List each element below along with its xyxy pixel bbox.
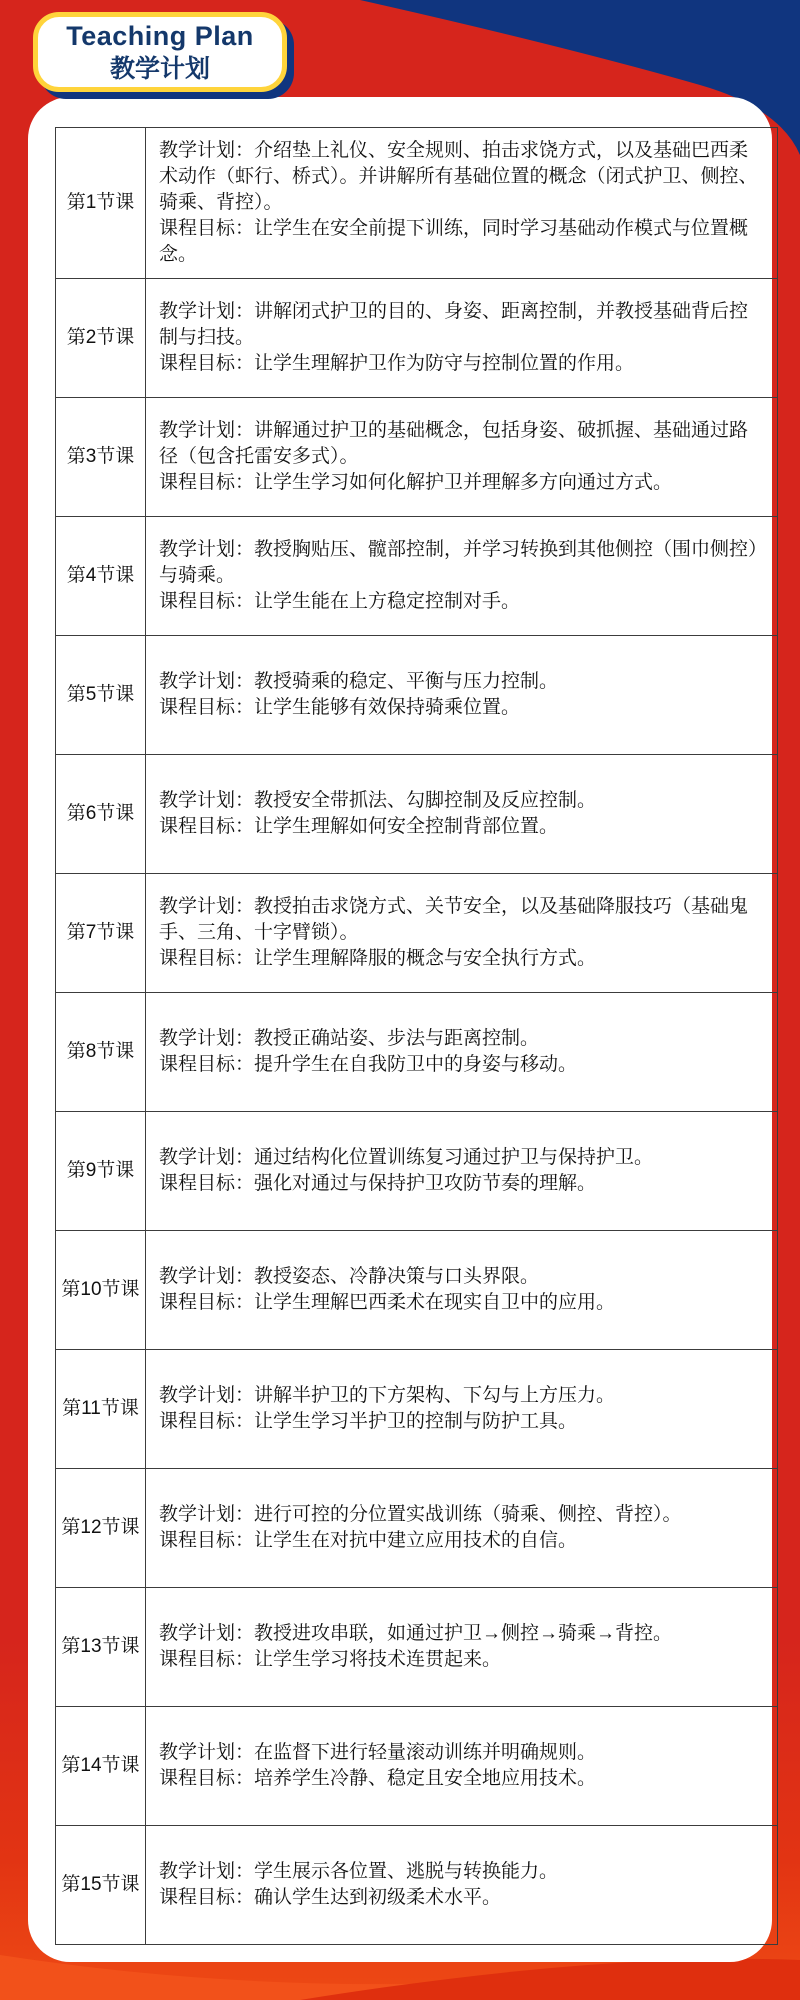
course-goal-text: 课程目标：让学生学习如何化解护卫并理解多方向通过方式。 <box>159 470 764 496</box>
course-goal-text: 课程目标：确认学生达到初级柔术水平。 <box>159 1885 764 1911</box>
lesson-number-cell: 第13节课 <box>56 1588 146 1707</box>
lesson-content-cell: 教学计划：进行可控的分位置实战训练（骑乘、侧控、背控）。课程目标：让学生在对抗中… <box>146 1469 778 1588</box>
lesson-number-cell: 第14节课 <box>56 1707 146 1826</box>
lesson-content-cell: 教学计划：讲解通过护卫的基础概念，包括身姿、破抓握、基础通过路径（包含托雷安多式… <box>146 398 778 517</box>
teaching-plan-text: 教学计划：介绍垫上礼仪、安全规则、拍击求饶方式，以及基础巴西柔术动作（虾行、桥式… <box>159 138 764 216</box>
lesson-content-cell: 教学计划：讲解闭式护卫的目的、身姿、距离控制，并教授基础背后控制与扫技。课程目标… <box>146 279 778 398</box>
course-goal-text: 课程目标：让学生学习半护卫的控制与防护工具。 <box>159 1409 764 1435</box>
content-card: 第1节课教学计划：介绍垫上礼仪、安全规则、拍击求饶方式，以及基础巴西柔术动作（虾… <box>28 97 772 1962</box>
lesson-number-cell: 第15节课 <box>56 1826 146 1945</box>
lesson-number-cell: 第1节课 <box>56 128 146 279</box>
table-row: 第13节课教学计划：教授进攻串联，如通过护卫→侧控→骑乘→背控。课程目标：让学生… <box>56 1588 778 1707</box>
teaching-plan-text: 教学计划：教授骑乘的稳定、平衡与压力控制。 <box>159 669 764 695</box>
lesson-content-cell: 教学计划：通过结构化位置训练复习通过护卫与保持护卫。课程目标：强化对通过与保持护… <box>146 1112 778 1231</box>
lesson-number-cell: 第7节课 <box>56 874 146 993</box>
course-goal-text: 课程目标：强化对通过与保持护卫攻防节奏的理解。 <box>159 1171 764 1197</box>
lesson-number-cell: 第9节课 <box>56 1112 146 1231</box>
table-row: 第11节课教学计划：讲解半护卫的下方架构、下勾与上方压力。课程目标：让学生学习半… <box>56 1350 778 1469</box>
lesson-content-cell: 教学计划：教授正确站姿、步法与距离控制。课程目标：提升学生在自我防卫中的身姿与移… <box>146 993 778 1112</box>
course-goal-text: 课程目标：让学生理解如何安全控制背部位置。 <box>159 814 764 840</box>
lesson-number-cell: 第10节课 <box>56 1231 146 1350</box>
lesson-content-cell: 教学计划：在监督下进行轻量滚动训练并明确规则。课程目标：培养学生冷静、稳定且安全… <box>146 1707 778 1826</box>
table-row: 第6节课教学计划：教授安全带抓法、勾脚控制及反应控制。课程目标：让学生理解如何安… <box>56 755 778 874</box>
lesson-content-cell: 教学计划：介绍垫上礼仪、安全规则、拍击求饶方式，以及基础巴西柔术动作（虾行、桥式… <box>146 128 778 279</box>
course-goal-text: 课程目标：让学生理解巴西柔术在现实自卫中的应用。 <box>159 1290 764 1316</box>
teaching-plan-text: 教学计划：进行可控的分位置实战训练（骑乘、侧控、背控）。 <box>159 1502 764 1528</box>
course-goal-text: 课程目标：让学生能够有效保持骑乘位置。 <box>159 695 764 721</box>
teaching-plan-text: 教学计划：教授进攻串联，如通过护卫→侧控→骑乘→背控。 <box>159 1621 764 1647</box>
course-goal-text: 课程目标：让学生学习将技术连贯起来。 <box>159 1647 764 1673</box>
teaching-plan-text: 教学计划：讲解半护卫的下方架构、下勾与上方压力。 <box>159 1383 764 1409</box>
teaching-plan-text: 教学计划：讲解闭式护卫的目的、身姿、距离控制，并教授基础背后控制与扫技。 <box>159 299 764 351</box>
lesson-content-cell: 教学计划：学生展示各位置、逃脱与转换能力。课程目标：确认学生达到初级柔术水平。 <box>146 1826 778 1945</box>
table-row: 第1节课教学计划：介绍垫上礼仪、安全规则、拍击求饶方式，以及基础巴西柔术动作（虾… <box>56 128 778 279</box>
teaching-plan-text: 教学计划：通过结构化位置训练复习通过护卫与保持护卫。 <box>159 1145 764 1171</box>
course-goal-text: 课程目标：让学生能在上方稳定控制对手。 <box>159 589 764 615</box>
header-badge: Teaching Plan 教学计划 <box>33 12 287 92</box>
table-row: 第10节课教学计划：教授姿态、冷静决策与口头界限。课程目标：让学生理解巴西柔术在… <box>56 1231 778 1350</box>
teaching-plan-text: 教学计划：教授正确站姿、步法与距离控制。 <box>159 1026 764 1052</box>
table-row: 第7节课教学计划：教授拍击求饶方式、关节安全，以及基础降服技巧（基础鬼手、三角、… <box>56 874 778 993</box>
table-row: 第2节课教学计划：讲解闭式护卫的目的、身姿、距离控制，并教授基础背后控制与扫技。… <box>56 279 778 398</box>
table-row: 第8节课教学计划：教授正确站姿、步法与距离控制。课程目标：提升学生在自我防卫中的… <box>56 993 778 1112</box>
lesson-number-cell: 第12节课 <box>56 1469 146 1588</box>
lesson-content-cell: 教学计划：教授进攻串联，如通过护卫→侧控→骑乘→背控。课程目标：让学生学习将技术… <box>146 1588 778 1707</box>
lesson-content-cell: 教学计划：教授骑乘的稳定、平衡与压力控制。课程目标：让学生能够有效保持骑乘位置。 <box>146 636 778 755</box>
lesson-content-cell: 教学计划：教授胸贴压、髋部控制，并学习转换到其他侧控（围巾侧控）与骑乘。课程目标… <box>146 517 778 636</box>
lesson-content-cell: 教学计划：教授拍击求饶方式、关节安全，以及基础降服技巧（基础鬼手、三角、十字臂锁… <box>146 874 778 993</box>
table-row: 第4节课教学计划：教授胸贴压、髋部控制，并学习转换到其他侧控（围巾侧控）与骑乘。… <box>56 517 778 636</box>
page-title-zh: 教学计划 <box>110 53 210 85</box>
teaching-plan-text: 教学计划：学生展示各位置、逃脱与转换能力。 <box>159 1859 764 1885</box>
teaching-plan-text: 教学计划：教授姿态、冷静决策与口头界限。 <box>159 1264 764 1290</box>
lesson-content-cell: 教学计划：讲解半护卫的下方架构、下勾与上方压力。课程目标：让学生学习半护卫的控制… <box>146 1350 778 1469</box>
teaching-plan-text: 教学计划：在监督下进行轻量滚动训练并明确规则。 <box>159 1740 764 1766</box>
table-row: 第3节课教学计划：讲解通过护卫的基础概念，包括身姿、破抓握、基础通过路径（包含托… <box>56 398 778 517</box>
teaching-plan-page: { "header": { "title_en": "Teaching Plan… <box>0 0 800 2000</box>
lesson-number-cell: 第11节课 <box>56 1350 146 1469</box>
course-goal-text: 课程目标：提升学生在自我防卫中的身姿与移动。 <box>159 1052 764 1078</box>
page-title-en: Teaching Plan <box>66 19 254 53</box>
table-row: 第14节课教学计划：在监督下进行轻量滚动训练并明确规则。课程目标：培养学生冷静、… <box>56 1707 778 1826</box>
teaching-plan-text: 教学计划：讲解通过护卫的基础概念，包括身姿、破抓握、基础通过路径（包含托雷安多式… <box>159 418 764 470</box>
lesson-number-cell: 第4节课 <box>56 517 146 636</box>
lesson-number-cell: 第5节课 <box>56 636 146 755</box>
lesson-number-cell: 第6节课 <box>56 755 146 874</box>
lesson-number-cell: 第3节课 <box>56 398 146 517</box>
teaching-plan-text: 教学计划：教授拍击求饶方式、关节安全，以及基础降服技巧（基础鬼手、三角、十字臂锁… <box>159 894 764 946</box>
course-goal-text: 课程目标：培养学生冷静、稳定且安全地应用技术。 <box>159 1766 764 1792</box>
table-row: 第15节课教学计划：学生展示各位置、逃脱与转换能力。课程目标：确认学生达到初级柔… <box>56 1826 778 1945</box>
lesson-content-cell: 教学计划：教授姿态、冷静决策与口头界限。课程目标：让学生理解巴西柔术在现实自卫中… <box>146 1231 778 1350</box>
course-goal-text: 课程目标：让学生在对抗中建立应用技术的自信。 <box>159 1528 764 1554</box>
course-goal-text: 课程目标：让学生理解降服的概念与安全执行方式。 <box>159 946 764 972</box>
lesson-number-cell: 第2节课 <box>56 279 146 398</box>
lesson-number-cell: 第8节课 <box>56 993 146 1112</box>
table-row: 第12节课教学计划：进行可控的分位置实战训练（骑乘、侧控、背控）。课程目标：让学… <box>56 1469 778 1588</box>
teaching-plan-text: 教学计划：教授安全带抓法、勾脚控制及反应控制。 <box>159 788 764 814</box>
teaching-plan-text: 教学计划：教授胸贴压、髋部控制，并学习转换到其他侧控（围巾侧控）与骑乘。 <box>159 537 764 589</box>
table-row: 第5节课教学计划：教授骑乘的稳定、平衡与压力控制。课程目标：让学生能够有效保持骑… <box>56 636 778 755</box>
course-goal-text: 课程目标：让学生理解护卫作为防守与控制位置的作用。 <box>159 351 764 377</box>
course-goal-text: 课程目标：让学生在安全前提下训练，同时学习基础动作模式与位置概念。 <box>159 216 764 268</box>
table-row: 第9节课教学计划：通过结构化位置训练复习通过护卫与保持护卫。课程目标：强化对通过… <box>56 1112 778 1231</box>
lesson-content-cell: 教学计划：教授安全带抓法、勾脚控制及反应控制。课程目标：让学生理解如何安全控制背… <box>146 755 778 874</box>
lesson-table: 第1节课教学计划：介绍垫上礼仪、安全规则、拍击求饶方式，以及基础巴西柔术动作（虾… <box>55 127 778 1945</box>
